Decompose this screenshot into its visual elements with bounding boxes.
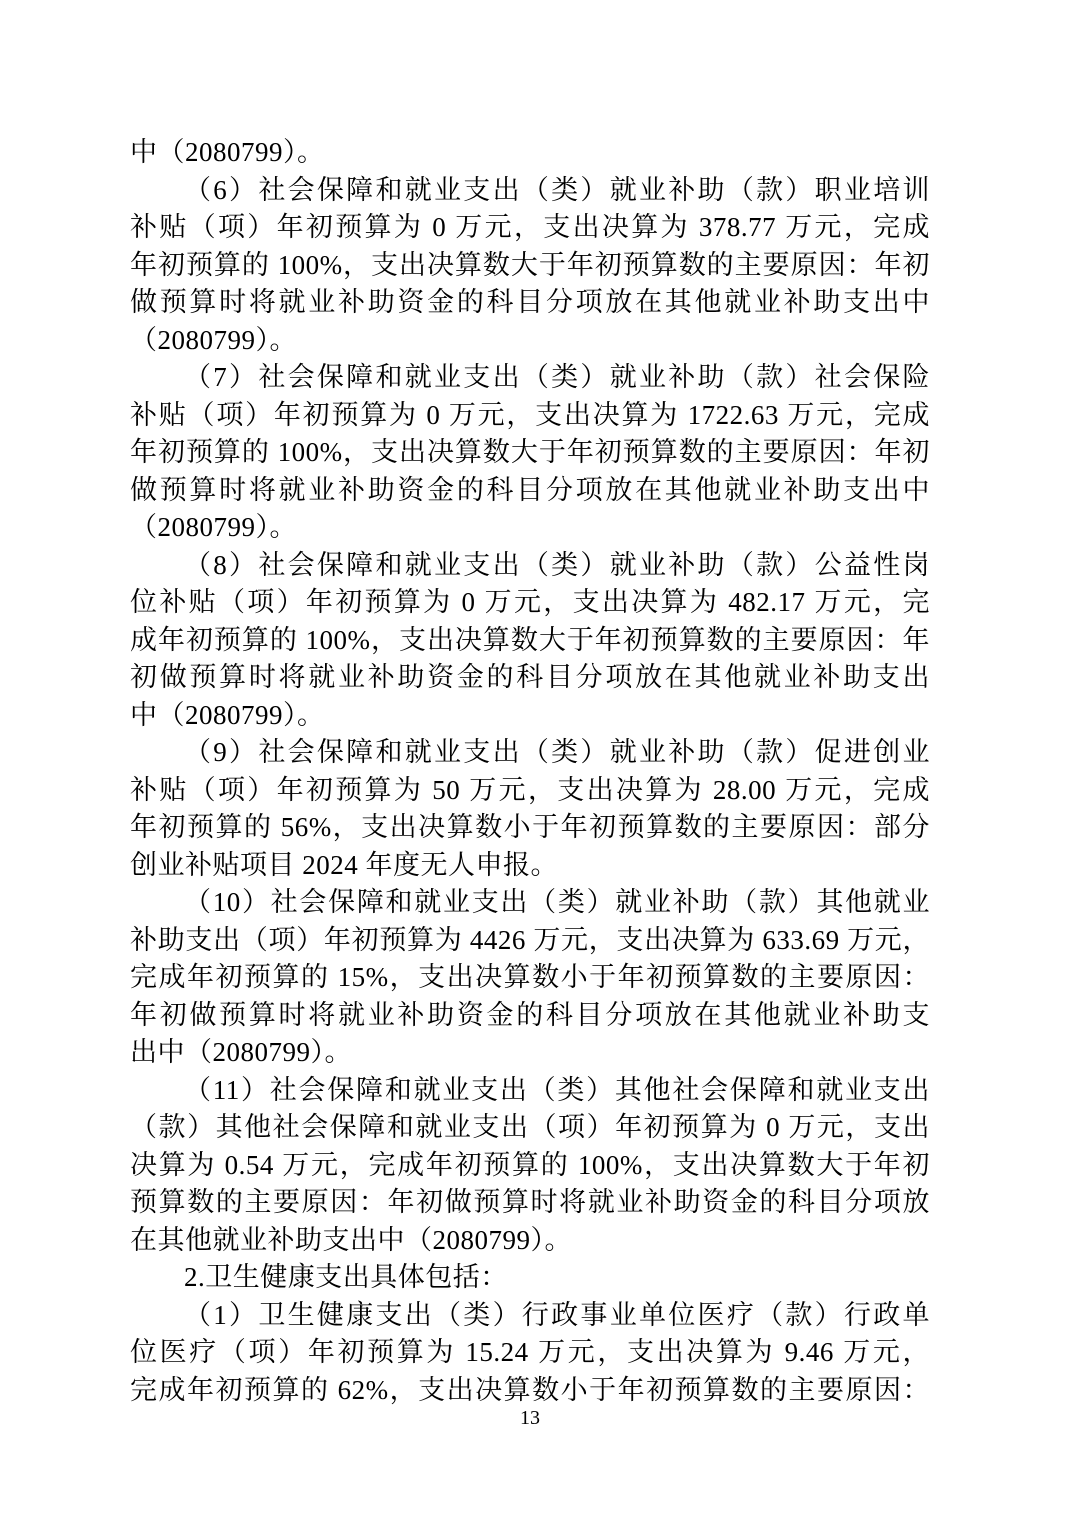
paragraph-line: 出中（2080799）。	[130, 1034, 930, 1072]
paragraph-line: 补助支出（项）年初预算为 4426 万元，支出决算为 633.69 万元，	[130, 922, 930, 960]
paragraph-line: 补贴（项）年初预算为 50 万元，支出决算为 28.00 万元，完成	[130, 772, 930, 810]
paragraph-line: 年初做预算时将就业补助资金的科目分项放在其他就业补助支	[130, 997, 930, 1035]
paragraph-line: 完成年初预算的 15%，支出决算数小于年初预算数的主要原因：	[130, 959, 930, 997]
paragraph-line: （1）卫生健康支出（类）行政事业单位医疗（款）行政单	[130, 1297, 930, 1335]
paragraph-line: （2080799）。	[130, 322, 930, 360]
paragraph-line: 补贴（项）年初预算为 0 万元，支出决算为 1722.63 万元，完成	[130, 397, 930, 435]
paragraph-line: 2.卫生健康支出具体包括：	[130, 1259, 930, 1297]
paragraph-line: 位补贴（项）年初预算为 0 万元，支出决算为 482.17 万元，完	[130, 584, 930, 622]
paragraph-line: （8）社会保障和就业支出（类）就业补助（款）公益性岗	[130, 547, 930, 585]
paragraph-line: 做预算时将就业补助资金的科目分项放在其他就业补助支出中	[130, 284, 930, 322]
paragraph-line: 年初预算的 100%，支出决算数大于年初预算数的主要原因：年初	[130, 434, 930, 472]
paragraph-line: （11）社会保障和就业支出（类）其他社会保障和就业支出	[130, 1072, 930, 1110]
page-number: 13	[130, 1406, 930, 1430]
paragraph-line: （9）社会保障和就业支出（类）就业补助（款）促进创业	[130, 734, 930, 772]
paragraph-line: 中（2080799）。	[130, 134, 930, 172]
document-text-body: 中（2080799）。（6）社会保障和就业支出（类）就业补助（款）职业培训补贴（…	[130, 134, 930, 1409]
paragraph-line: 决算为 0.54 万元，完成年初预算的 100%，支出决算数大于年初	[130, 1147, 930, 1185]
paragraph-line: 预算数的主要原因：年初做预算时将就业补助资金的科目分项放	[130, 1184, 930, 1222]
paragraph-line: 创业补贴项目 2024 年度无人申报。	[130, 847, 930, 885]
paragraph-line: （2080799）。	[130, 509, 930, 547]
paragraph-line: 补贴（项）年初预算为 0 万元，支出决算为 378.77 万元，完成	[130, 209, 930, 247]
paragraph-line: 完成年初预算的 62%，支出决算数小于年初预算数的主要原因：	[130, 1372, 930, 1410]
paragraph-line: 中（2080799）。	[130, 697, 930, 735]
paragraph-line: 位医疗（项）年初预算为 15.24 万元，支出决算为 9.46 万元，	[130, 1334, 930, 1372]
document-page: 中（2080799）。（6）社会保障和就业支出（类）就业补助（款）职业培训补贴（…	[0, 0, 1076, 1520]
paragraph-line: （款）其他社会保障和就业支出（项）年初预算为 0 万元，支出	[130, 1109, 930, 1147]
paragraph-line: 成年初预算的 100%，支出决算数大于年初预算数的主要原因：年	[130, 622, 930, 660]
paragraph-line: 年初预算的 100%，支出决算数大于年初预算数的主要原因：年初	[130, 247, 930, 285]
paragraph-line: （7）社会保障和就业支出（类）就业补助（款）社会保险	[130, 359, 930, 397]
paragraph-line: 初做预算时将就业补助资金的科目分项放在其他就业补助支出	[130, 659, 930, 697]
paragraph-line: 在其他就业补助支出中（2080799）。	[130, 1222, 930, 1260]
paragraph-line: 年初预算的 56%，支出决算数小于年初预算数的主要原因：部分	[130, 809, 930, 847]
paragraph-line: 做预算时将就业补助资金的科目分项放在其他就业补助支出中	[130, 472, 930, 510]
paragraph-line: （10）社会保障和就业支出（类）就业补助（款）其他就业	[130, 884, 930, 922]
paragraph-line: （6）社会保障和就业支出（类）就业补助（款）职业培训	[130, 172, 930, 210]
